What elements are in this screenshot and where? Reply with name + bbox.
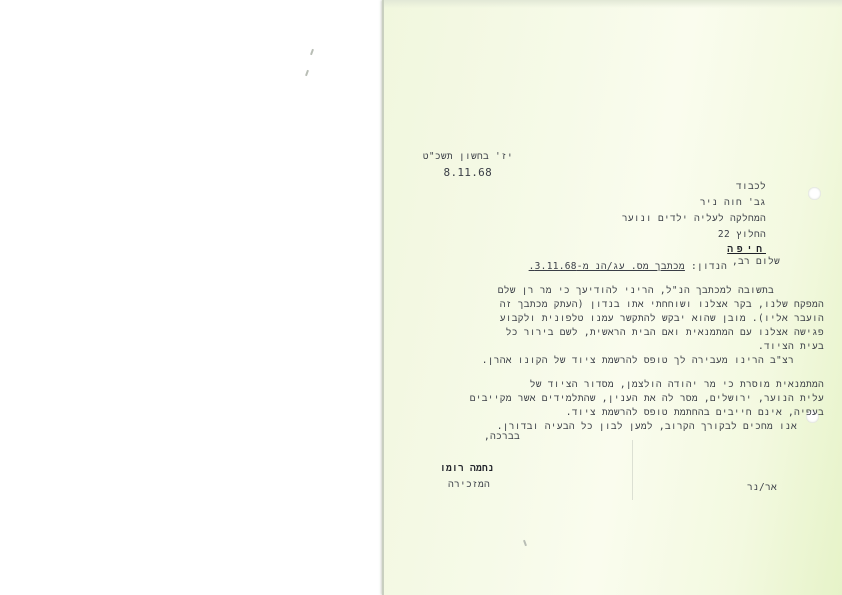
greeting: שלום רב, <box>732 256 780 267</box>
paper-fold-mark <box>632 440 633 500</box>
body-line: עלית הנוער, ירושלים, מסר לה את הענין, שה… <box>470 393 824 404</box>
body-line: הועבר אליו). מובן שהוא יבקש להתקשר עמנו … <box>500 313 824 324</box>
subject-reference: מכתבך מס. עג/הנ מ-3.11.68. <box>529 261 685 272</box>
signature-name: נחמה רומו <box>440 463 494 474</box>
subject-label: הנדון: <box>691 261 727 272</box>
recipient-department: המחלקה לעליה ילדים ונוער <box>622 213 766 224</box>
punch-hole-top <box>808 187 821 200</box>
body-line: בעפיה, אינם חייבים בהחתמת טופס להרשמת צי… <box>566 407 824 418</box>
body-line: בעית הציוד. <box>758 341 824 352</box>
body-line: המפקח שלנו, בקר אצלנו ושוחחתי אתו בנדון … <box>500 299 824 310</box>
gregorian-date: 8.11.68 <box>444 166 492 179</box>
recipient-city: חיפה <box>727 244 766 255</box>
body-line: רצ"ב הרינו מעבירה לך טופס להרשמת ציוד של… <box>482 355 794 366</box>
signature-title: המזכירה <box>448 479 490 490</box>
subject-line: הנדון: מכתבך מס. עג/הנ מ-3.11.68. <box>529 261 727 272</box>
reference-initials: אר/נר <box>747 482 777 493</box>
recipient-line-1: לכבוד <box>736 181 766 192</box>
scan-speck <box>305 70 309 76</box>
body-line: בתשובה למכתבך הנ"ל, הריני להודיעך כי מר … <box>498 285 774 296</box>
recipient-street: החלוץ 22 <box>718 229 766 240</box>
body-line: פגישה אצלנו עם המתמנאית ואם הבית הראשית,… <box>506 327 824 338</box>
body-line: אנו מחכים לבקורך הקרוב, למען לבון כל הבע… <box>497 421 797 432</box>
scan-speck <box>310 49 314 55</box>
scanned-letter-page <box>382 0 842 595</box>
hebrew-date: יז' בחשון תשכ"ט <box>423 151 513 162</box>
body-line: המתמנאית מוסרת כי מר יהודה הולצמן, מסדור… <box>530 379 824 390</box>
closing: בברכה, <box>484 431 520 442</box>
recipient-name: גב' חוה ניר <box>700 197 766 208</box>
